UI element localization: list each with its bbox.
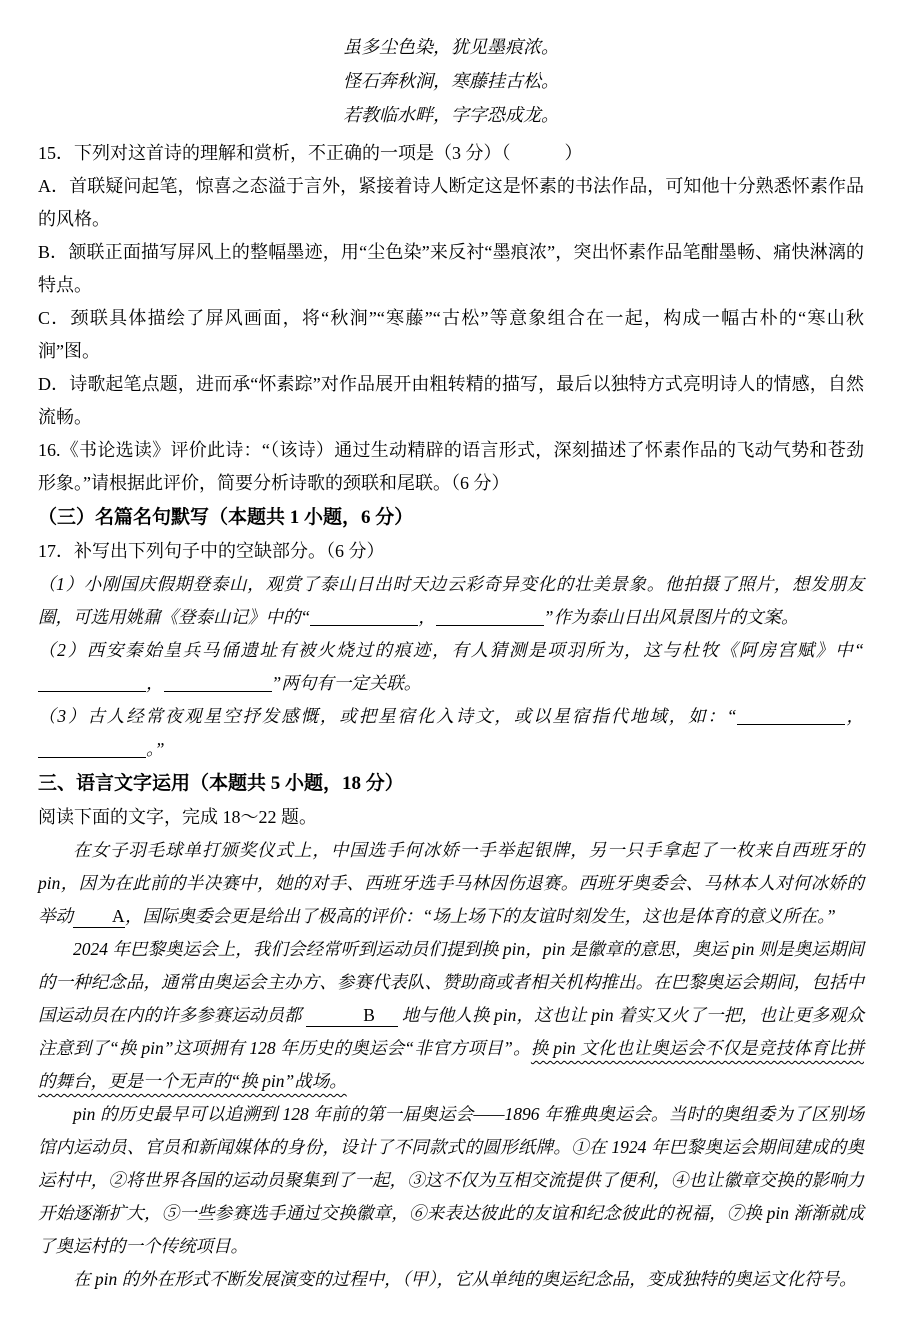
answer-blank [737, 710, 845, 725]
question-15-option-d: D．诗歌起笔点题，进而承“怀素踪”对作品展开由粗转精的描写，最后以独特方式亮明诗… [38, 368, 864, 434]
item-text-mid: ， [418, 607, 436, 627]
poem-line-1: 虽多尘色染，犹见墨痕浓。 [38, 30, 864, 64]
passage-intro: 阅读下面的文字，完成 18～22 题。 [38, 801, 864, 834]
answer-blank [164, 677, 272, 692]
answer-blank [310, 611, 418, 626]
poem-block: 虽多尘色染，犹见墨痕浓。 怪石奔秋涧，寒藤挂古松。 若教临水畔，字字恐成龙。 [38, 30, 864, 132]
question-17-stem: 17．补写出下列句子中的空缺部分。（6 分） [38, 535, 864, 568]
item-text-post: ”作为泰山日出风景图片的文案。 [544, 607, 799, 627]
item-text-post: ”两句有一定关联。 [272, 673, 422, 693]
poem-line-2: 怪石奔秋涧，寒藤挂古松。 [38, 64, 864, 98]
question-15-option-a: A．首联疑问起笔，惊喜之态溢于言外，紧接着诗人断定这是怀素的书法作品，可知他十分… [38, 170, 864, 236]
answer-blank [38, 677, 146, 692]
question-17-item-3: （3）古人经常夜观星空抒发感慨，或把星宿化入诗文，或以星宿指代地域，如：“，。” [38, 700, 864, 766]
answer-blank [38, 743, 146, 758]
section-header-famous-lines: （三）名篇名句默写（本题共 1 小题，6 分） [38, 500, 864, 535]
question-17-item-1: （1）小刚国庆假期登泰山，观赏了泰山日出时天边云彩奇异变化的壮美景象。他拍摄了照… [38, 568, 864, 634]
item-text-mid: ， [146, 673, 164, 693]
blank-a-label: A [73, 905, 125, 928]
section-header-language-use: 三、语言文字运用（本题共 5 小题，18 分） [38, 766, 864, 801]
question-15-stem: 15．下列对这首诗的理解和赏析，不正确的一项是（3 分）（ ） [38, 137, 864, 170]
question-15-option-c: C．颈联具体描绘了屏风画面，将“秋涧”“寒藤”“古松”等意象组合在一起，构成一幅… [38, 302, 864, 368]
passage-paragraph-1: 在女子羽毛球单打颁奖仪式上，中国选手何冰娇一手举起银牌，另一只手拿起了一枚来自西… [38, 834, 864, 933]
item-text-mid: ， [845, 706, 864, 726]
blank-b-label: B [306, 1004, 398, 1027]
poem-line-3: 若教临水畔，字字恐成龙。 [38, 98, 864, 132]
passage-paragraph-3: pin 的历史最早可以追溯到 128 年前的第一届奥运会——1896 年雅典奥运… [38, 1098, 864, 1263]
answer-blank [436, 611, 544, 626]
paragraph-text: ，国际奥委会更是给出了极高的评价：“场上场下的友谊时刻发生，这也是体育的意义所在… [125, 906, 836, 926]
question-16-stem: 16.《书论选读》评价此诗：“（该诗）通过生动精辟的语言形式，深刻描述了怀素作品… [38, 434, 864, 500]
passage-paragraph-2: 2024 年巴黎奥运会上，我们会经常听到运动员们提到换 pin，pin 是徽章的… [38, 933, 864, 1098]
item-text-post: 。” [146, 739, 164, 759]
question-17-item-2: （2）西安秦始皇兵马俑遗址有被火烧过的痕迹，有人猜测是项羽所为，这与杜牧《阿房宫… [38, 634, 864, 700]
passage-paragraph-4: 在 pin 的外在形式不断发展演变的过程中，（甲），它从单纯的奥运纪念品，变成独… [38, 1263, 864, 1296]
question-15-option-b: B．颔联正面描写屏风上的整幅墨迹，用“尘色染”来反衬“墨痕浓”，突出怀素作品笔酣… [38, 236, 864, 302]
item-text-pre: （2）西安秦始皇兵马俑遗址有被火烧过的痕迹，有人猜测是项羽所为，这与杜牧《阿房宫… [38, 640, 864, 660]
item-text-pre: （3）古人经常夜观星空抒发感慨，或把星宿化入诗文，或以星宿指代地域，如：“ [38, 706, 737, 726]
exam-page: 虽多尘色染，犹见墨痕浓。 怪石奔秋涧，寒藤挂古松。 若教临水畔，字字恐成龙。 1… [0, 0, 900, 1296]
